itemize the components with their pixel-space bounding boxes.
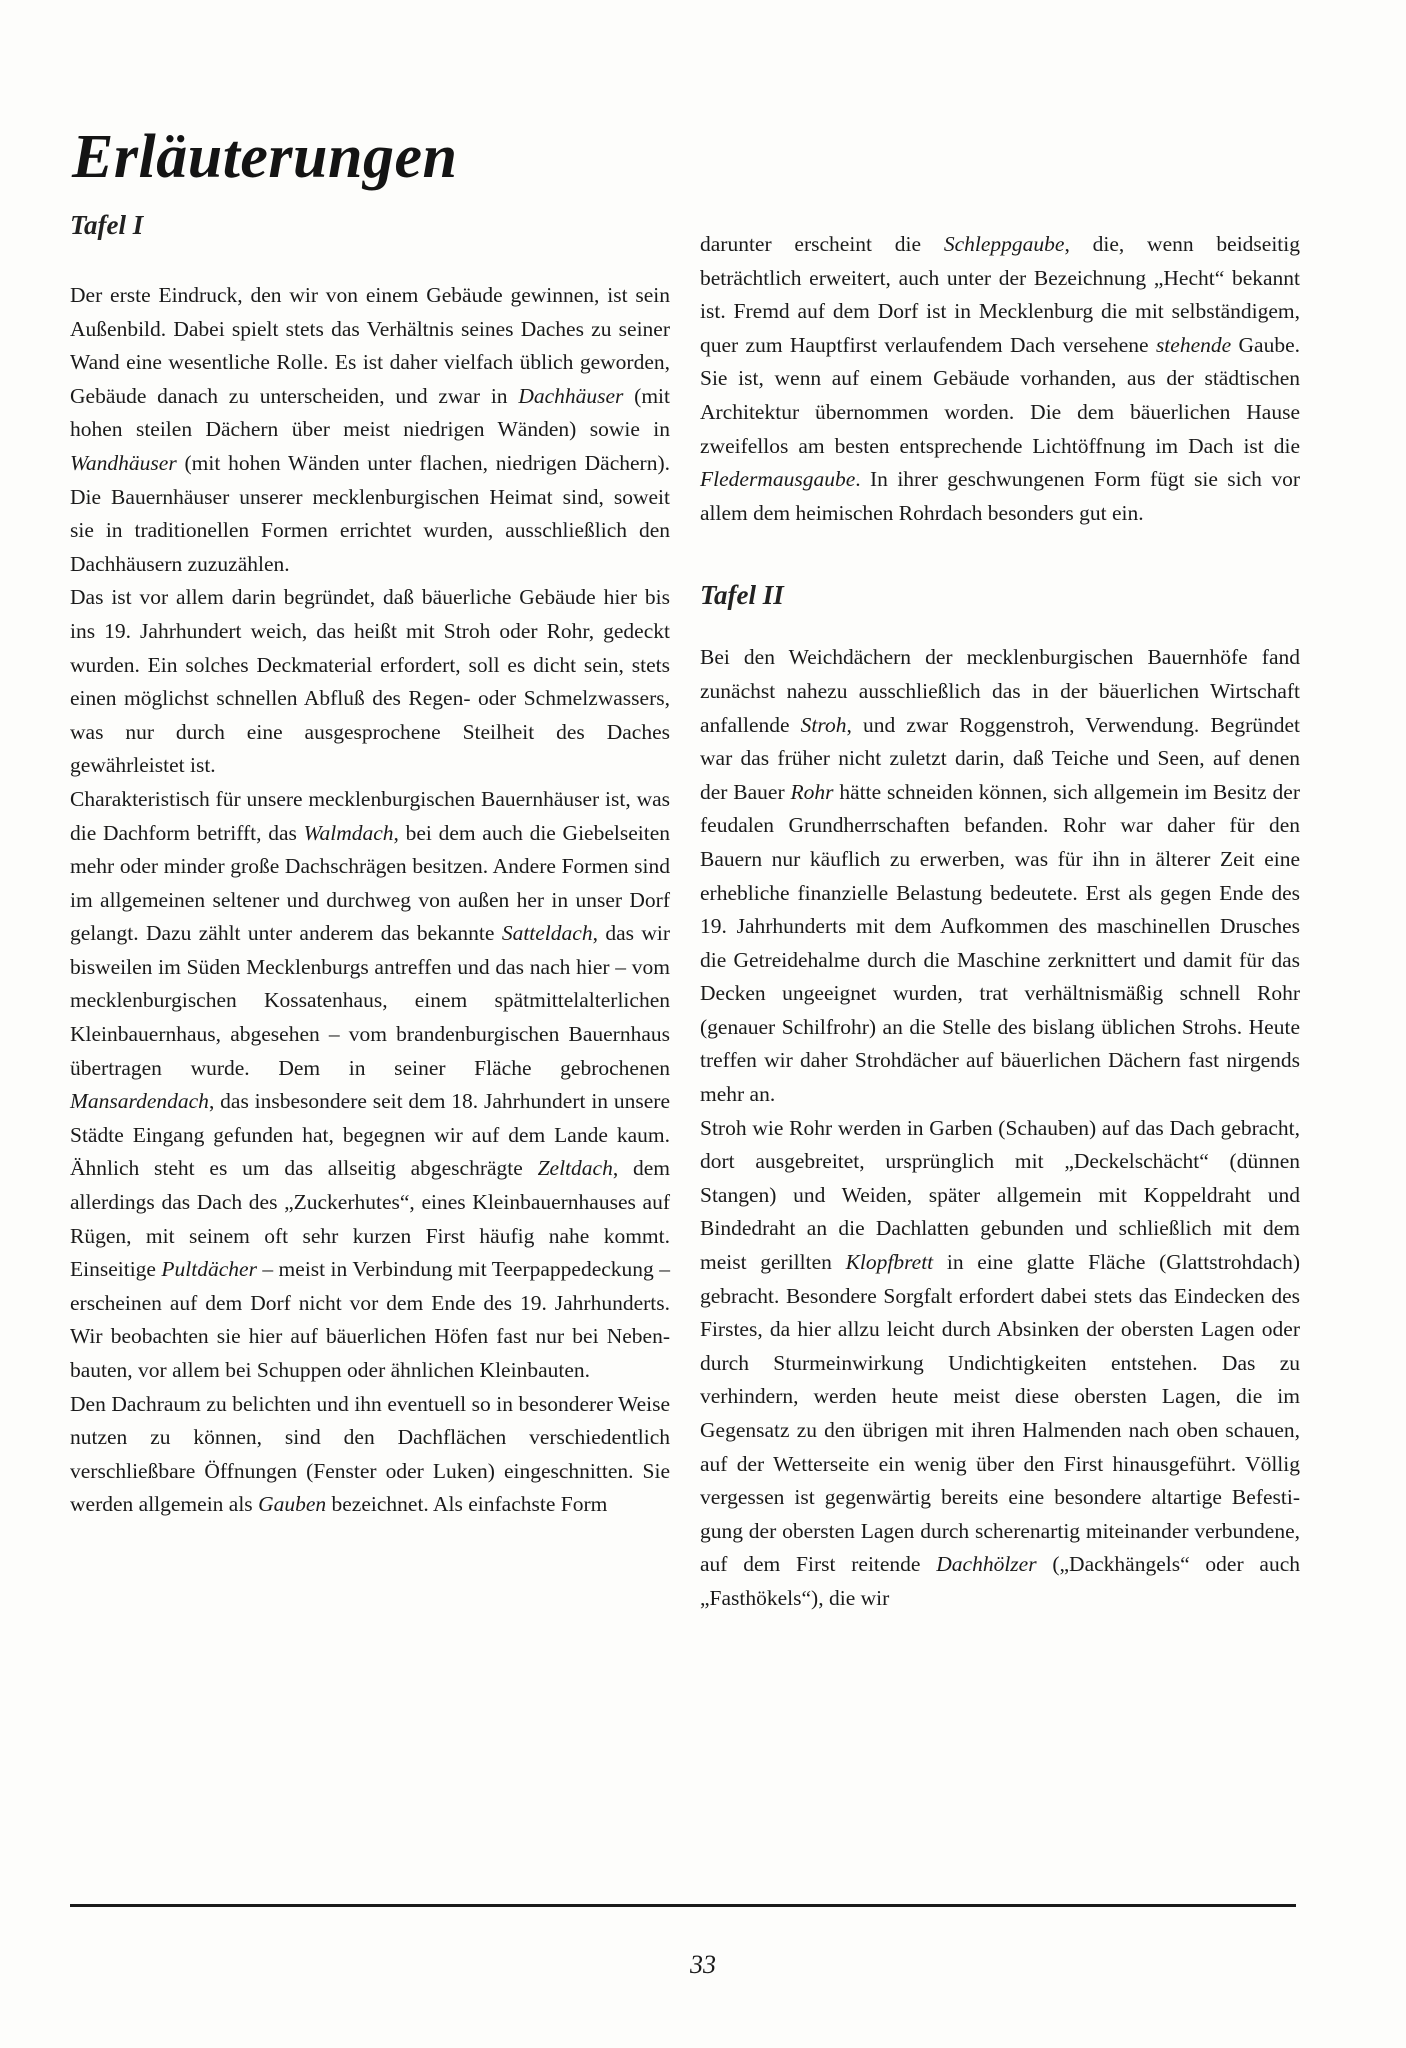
emphasized-term: Rohr — [791, 780, 834, 804]
emphasized-term: Mansardendach — [70, 1089, 209, 1113]
text-run: Das ist vor allem darin begründet, daß b… — [70, 585, 670, 777]
emphasized-term: Satteldach — [502, 921, 593, 945]
body-paragraph: Den Dachraum zu belichten und ihn eventu… — [70, 1388, 670, 1522]
body-paragraph: Der erste Eindruck, den wir von einem Ge… — [70, 279, 670, 581]
left-column: Tafel I Der erste Eindruck, den wir von … — [70, 212, 670, 1522]
footer-rule — [70, 1904, 1296, 1907]
text-run: in eine glatte Fläche (Glatt­strohdach) … — [700, 1250, 1300, 1576]
emphasized-term: Walm­dach — [304, 821, 394, 845]
section-heading-tafel-1: Tafel I — [70, 212, 670, 239]
text-run: bezeichnet. Als einfachste Form — [326, 1492, 607, 1516]
emphasized-term: Dachhöl­zer — [936, 1552, 1036, 1576]
body-paragraph: Charakteristisch für unsere mecklenburgi… — [70, 783, 670, 1388]
page-title: Erläuterungen — [72, 126, 458, 188]
body-paragraph: Stroh wie Rohr werden in Garben (Schaube… — [700, 1112, 1300, 1616]
emphasized-term: Schleppgaube — [944, 232, 1065, 256]
text-run: hätte schneiden können, sich allge­mein … — [700, 780, 1300, 1106]
emphasized-term: Pultdächer — [161, 1257, 257, 1281]
right-column-body: Bei den Weichdächern der mecklenburgisch… — [700, 641, 1300, 1615]
emphasized-term: Fledermaus­gaube — [700, 467, 855, 491]
text-run: darunter erscheint die — [700, 232, 944, 256]
emphasized-term: Zeltdach — [538, 1156, 613, 1180]
body-paragraph: darunter erscheint die Schleppgaube, die… — [700, 228, 1300, 530]
emphasized-term: Dachhäuser — [518, 384, 623, 408]
emphasized-term: Stroh — [801, 713, 847, 737]
right-column-continuation: darunter erscheint die Schleppgaube, die… — [700, 228, 1300, 530]
emphasized-term: Wandhäuser — [70, 451, 177, 475]
section-heading-tafel-2: Tafel II — [700, 582, 1300, 609]
body-paragraph: Bei den Weichdächern der mecklenburgisch… — [700, 641, 1300, 1111]
left-column-body: Der erste Eindruck, den wir von einem Ge… — [70, 279, 670, 1522]
emphasized-term: Gauben — [258, 1492, 326, 1516]
emphasized-term: stehende — [1156, 333, 1231, 357]
page-number: 33 — [0, 1950, 1406, 1980]
right-column: darunter erscheint die Schleppgaube, die… — [700, 228, 1300, 1616]
body-paragraph: Das ist vor allem darin begründet, daß b… — [70, 581, 670, 783]
emphasized-term: Klopfbrett — [846, 1250, 934, 1274]
